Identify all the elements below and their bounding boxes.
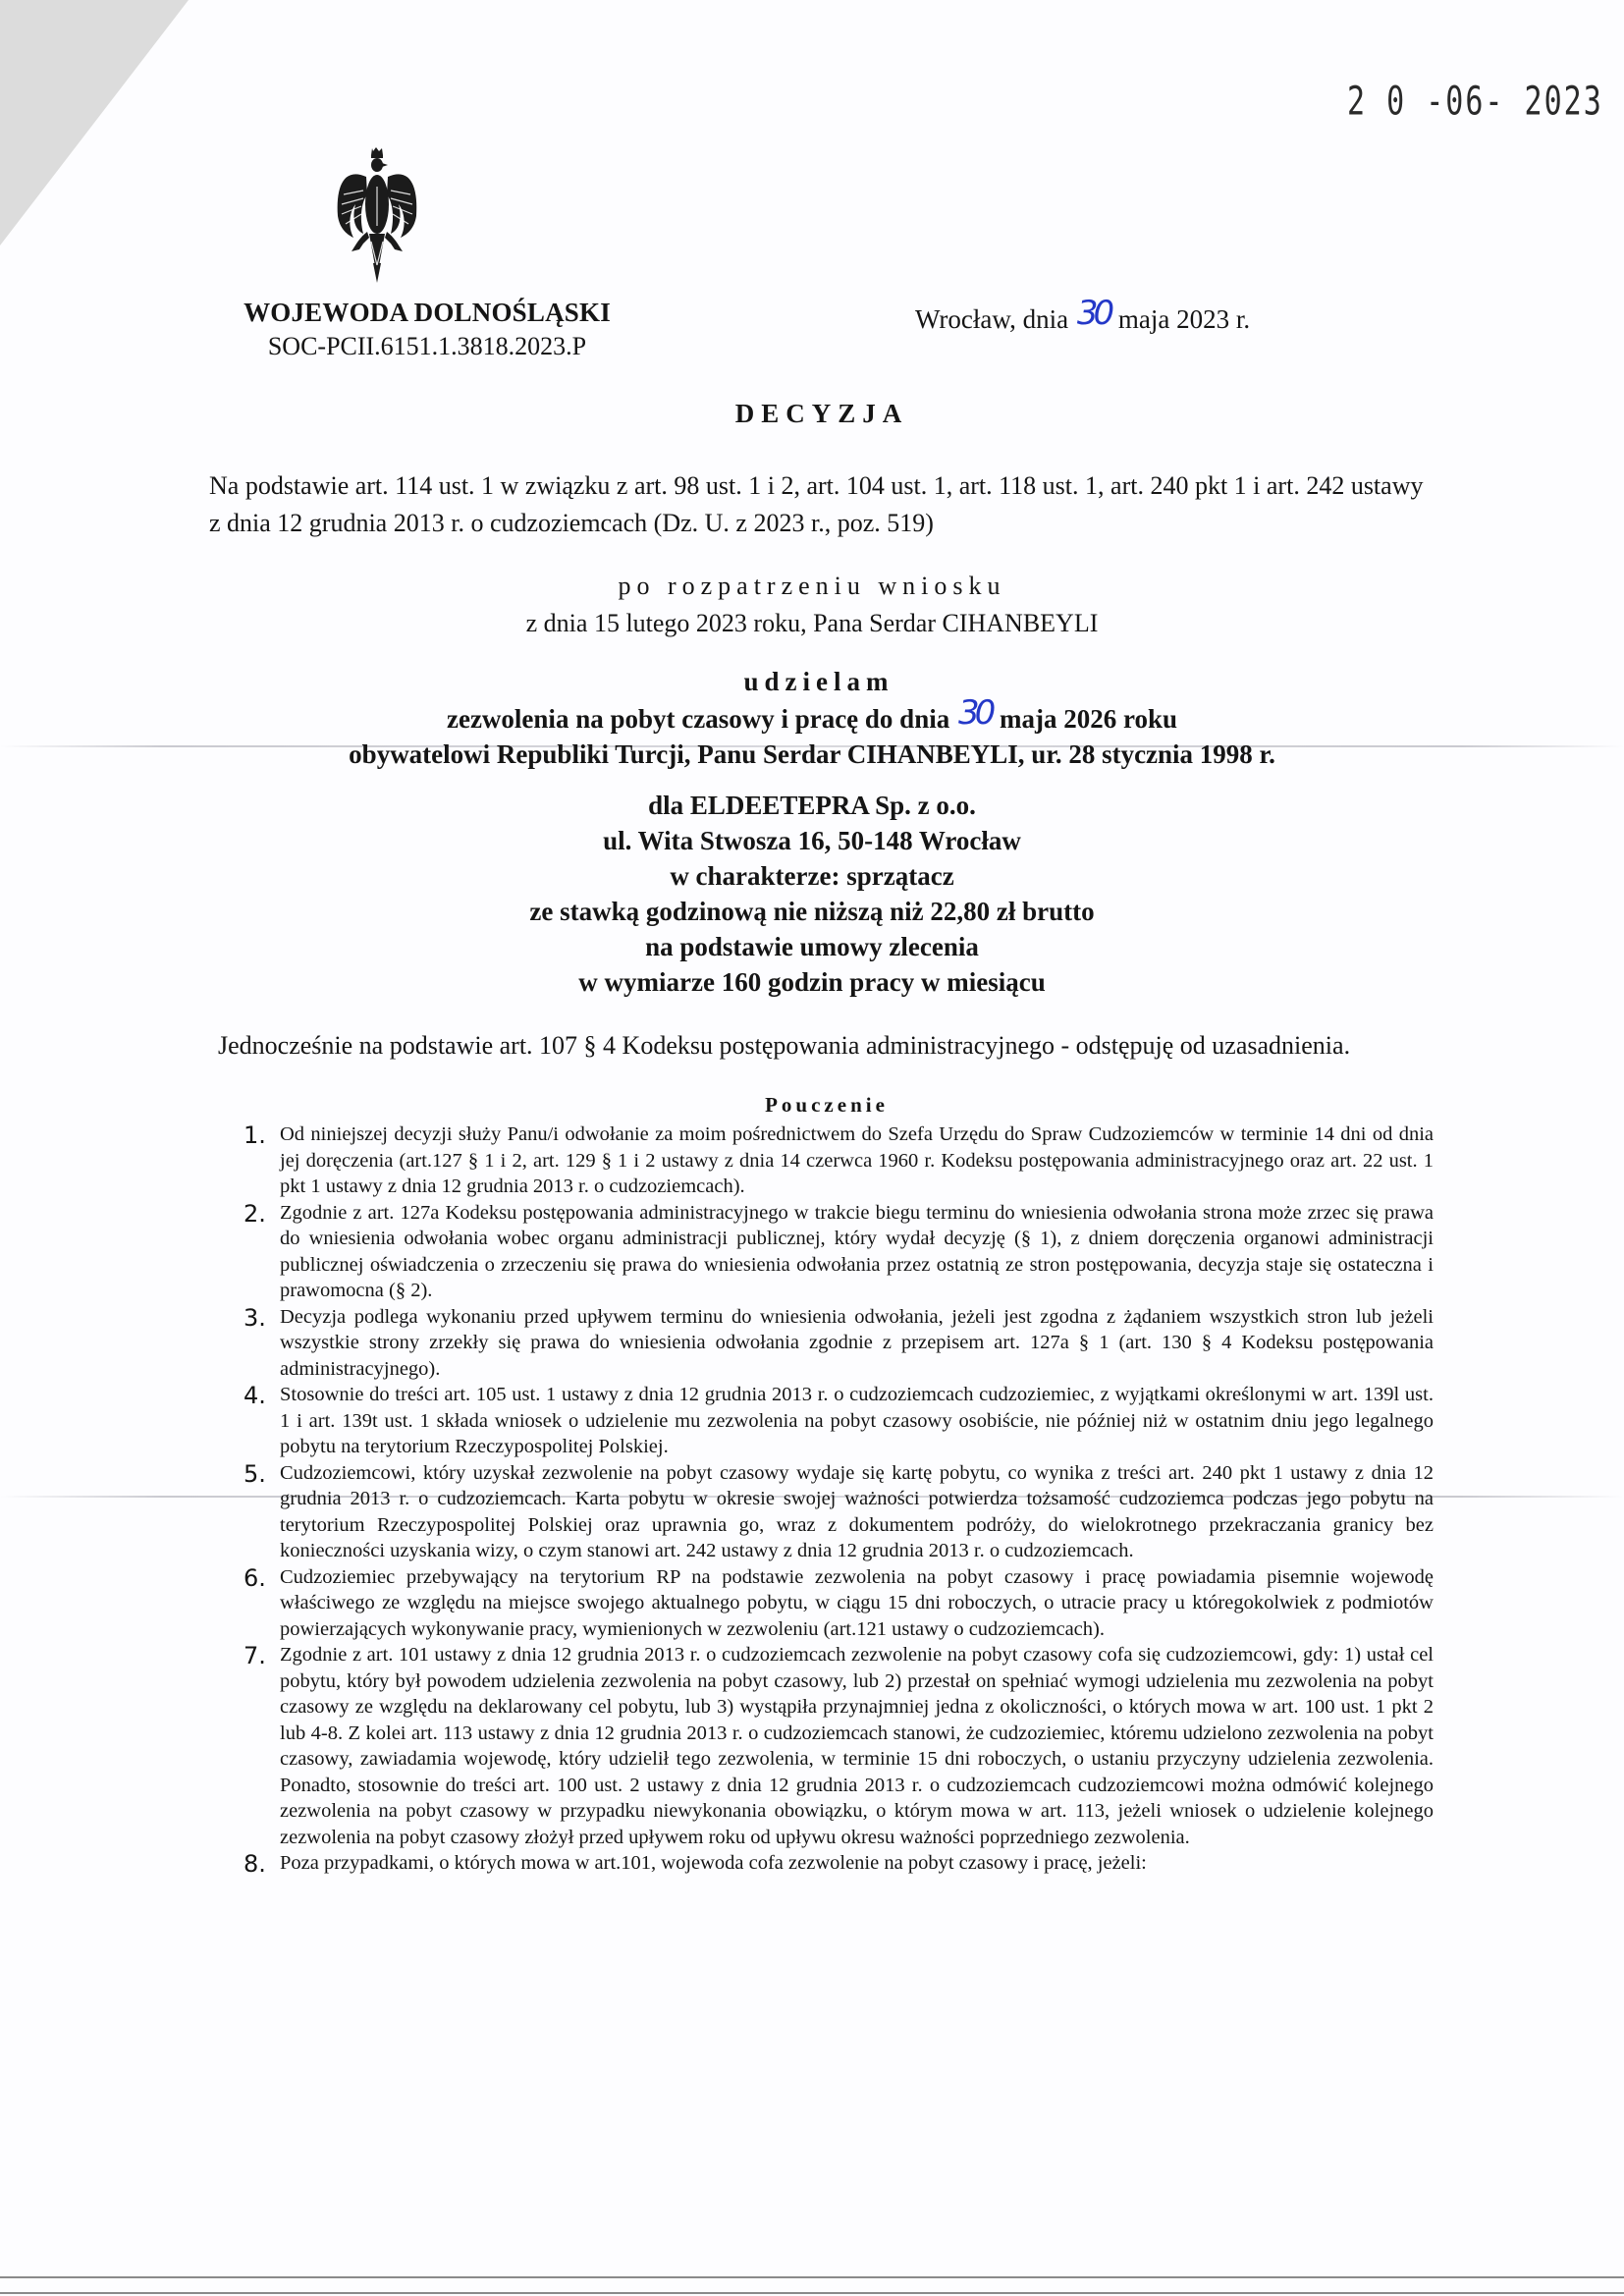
application-heading: po rozpatrzeniu wniosku [0, 568, 1624, 605]
scanned-document-page: 2 0 -06- 2023 [0, 0, 1624, 2296]
working-hours: w wymiarze 160 godzin pracy w miesiącu [0, 964, 1624, 1000]
permit-suffix: maja 2026 roku [1000, 704, 1177, 734]
employment-role: w charakterze: sprzątacz [0, 858, 1624, 894]
instruction-item: 4. Stosownie do treści art. 105 ust. 1 u… [250, 1382, 1434, 1460]
permit-recipient: obywatelowi Republiki Turcji, Panu Serda… [0, 737, 1624, 772]
place-date-suffix: maja 2023 r. [1118, 304, 1250, 334]
instruction-number: 3. [244, 1304, 266, 1332]
instruction-text: Cudzoziemiec przebywający na terytorium … [280, 1566, 1434, 1640]
instruction-text: Zgodnie z art. 127a Kodeksu postępowania… [280, 1202, 1434, 1302]
instruction-text: Stosownie do treści art. 105 ust. 1 usta… [280, 1384, 1434, 1457]
polish-eagle-emblem-icon [334, 147, 422, 285]
instruction-number: 5. [244, 1460, 266, 1488]
permit-prefix: zezwolenia na pobyt czasowy i pracę do d… [447, 704, 949, 734]
instruction-number: 2. [244, 1200, 266, 1228]
instruction-number: 7. [244, 1642, 266, 1669]
instruction-item: 1. Od niniejszej decyzji służy Panu/i od… [250, 1121, 1434, 1200]
instruction-number: 6. [244, 1564, 266, 1592]
place-and-date: Wrocław, dnia 30 maja 2023 r. [915, 298, 1250, 337]
permit-validity: zezwolenia na pobyt czasowy i pracę do d… [0, 699, 1624, 737]
permit-handwritten-day: 30 [958, 695, 991, 731]
instruction-number: 1. [244, 1121, 266, 1149]
employer-block: dla ELDEETEPRA Sp. z o.o. ul. Wita Stwos… [0, 788, 1624, 1000]
document-title: DECYZJA [0, 399, 1624, 429]
contract-type: na podstawie umowy zlecenia [0, 929, 1624, 964]
hourly-rate: ze stawką godzinową nie niższą niż 22,80… [0, 894, 1624, 929]
issuing-office-name: WOJEWODA DOLNOŚLĄSKI [221, 298, 633, 328]
instruction-item: 3. Decyzja podlega wykonaniu przed upływ… [250, 1304, 1434, 1383]
application-block: po rozpatrzeniu wniosku z dnia 15 lutego… [0, 568, 1624, 642]
instruction-number: 8. [244, 1850, 266, 1878]
handwritten-day: 30 [1077, 294, 1110, 333]
instruction-list: 1. Od niniejszej decyzji służy Panu/i od… [250, 1121, 1434, 1877]
instruction-text: Zgodnie z art. 101 ustawy z dnia 12 grud… [280, 1644, 1434, 1848]
instruction-text: Cudzoziemcowi, który uzyskał zezwolenie … [280, 1462, 1434, 1562]
place-date-prefix: Wrocław, dnia [915, 304, 1068, 334]
instruction-text: Od niniejszej decyzji służy Panu/i odwoł… [280, 1123, 1434, 1197]
instruction-item: 2. Zgodnie z art. 127a Kodeksu postępowa… [250, 1200, 1434, 1304]
instruction-text: Poza przypadkami, o których mowa w art.1… [280, 1852, 1147, 1874]
application-detail: z dnia 15 lutego 2023 roku, Pana Serdar … [0, 605, 1624, 642]
issuing-authority-block: WOJEWODA DOLNOŚLĄSKI SOC-PCII.6151.1.381… [221, 298, 633, 361]
instruction-item: 6. Cudzoziemiec przebywający na terytori… [250, 1564, 1434, 1643]
grant-block: udzielam zezwolenia na pobyt czasowy i p… [0, 664, 1624, 772]
instruction-item: 5. Cudzoziemcowi, który uzyskał zezwolen… [250, 1460, 1434, 1564]
instruction-text: Decyzja podlega wykonaniu przed upływem … [280, 1306, 1434, 1380]
instruction-title: Pouczenie [0, 1093, 1624, 1118]
legal-basis-paragraph: Na podstawie art. 114 ust. 1 w związku z… [209, 467, 1427, 542]
received-date-stamp: 2 0 -06- 2023 [1347, 79, 1603, 125]
justification-waiver: Jednocześnie na podstawie art. 107 § 4 K… [218, 1031, 1350, 1061]
instruction-item: 7. Zgodnie z art. 101 ustawy z dnia 12 g… [250, 1642, 1434, 1850]
instruction-number: 4. [244, 1382, 266, 1409]
scan-bottom-edge [0, 2292, 1624, 2294]
employer-address: ul. Wita Stwosza 16, 50-148 Wrocław [0, 823, 1624, 858]
scan-bottom-edge [0, 2276, 1624, 2278]
employer-name: dla ELDEETEPRA Sp. z o.o. [0, 788, 1624, 823]
grant-heading: udzielam [0, 664, 1624, 699]
instruction-item: 8. Poza przypadkami, o których mowa w ar… [250, 1850, 1434, 1877]
case-number: SOC-PCII.6151.1.3818.2023.P [221, 332, 633, 361]
scan-corner-fold [0, 0, 189, 246]
